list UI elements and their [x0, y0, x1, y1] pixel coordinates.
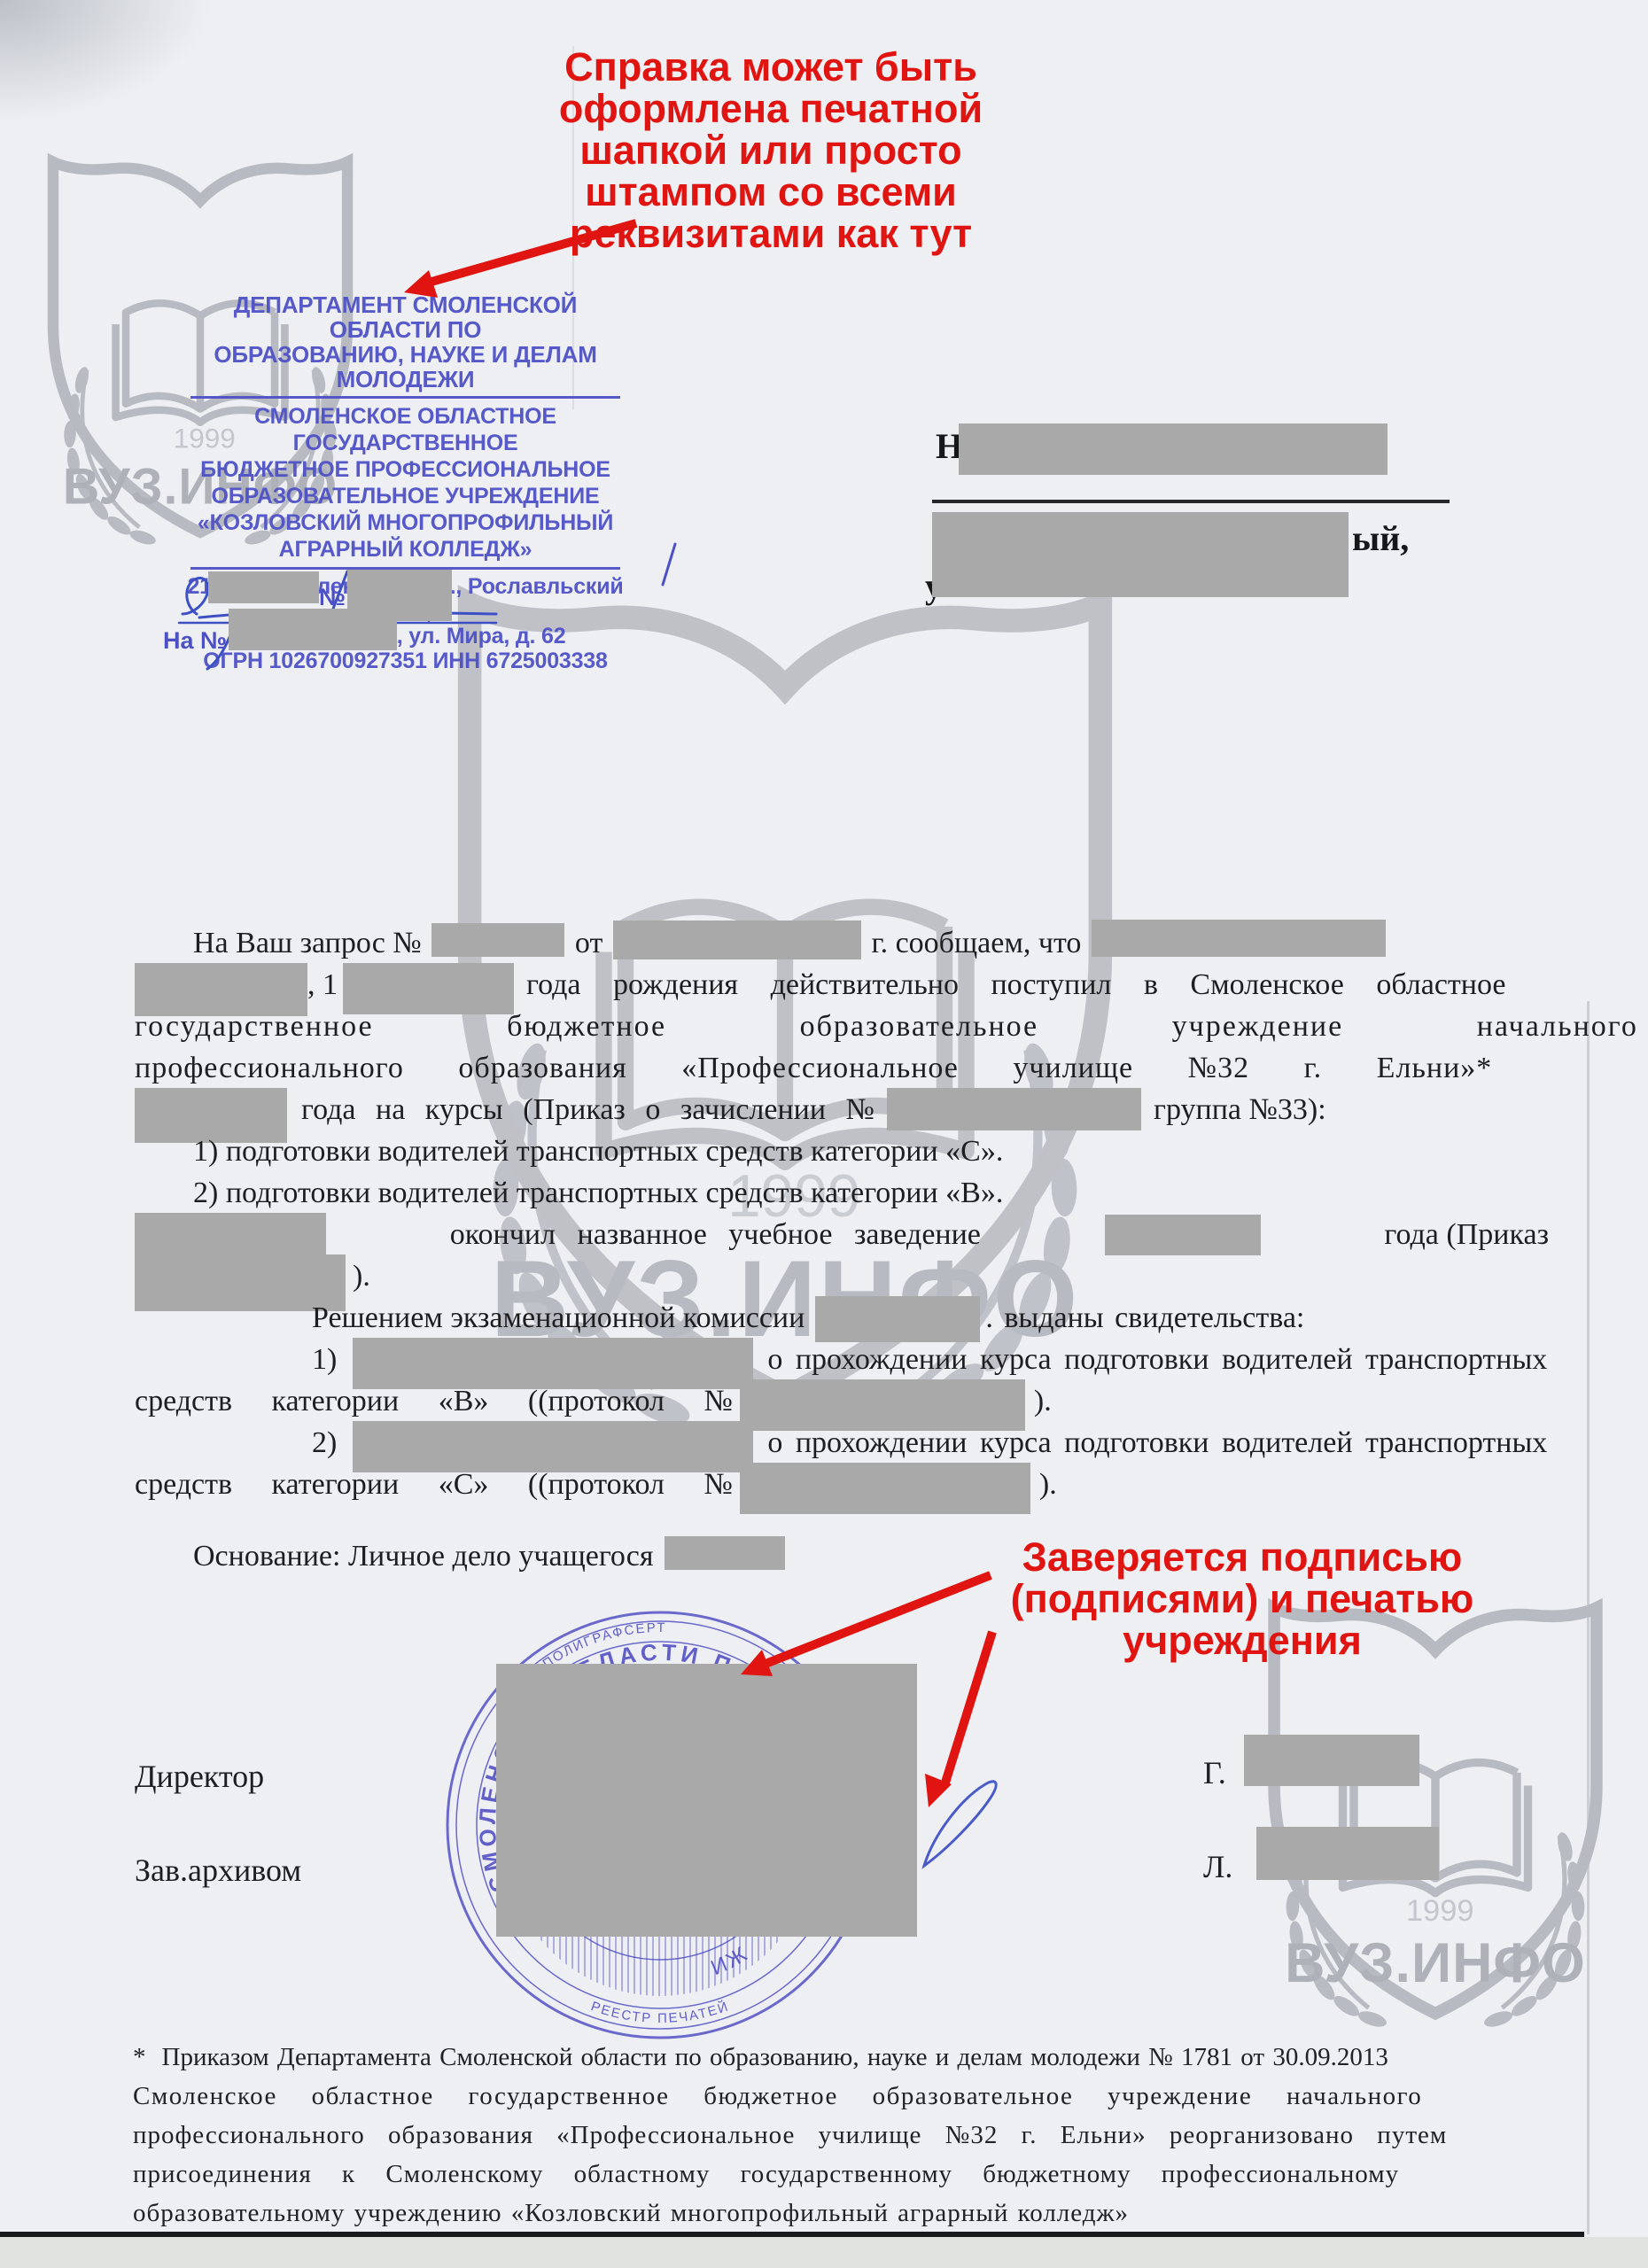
body-text: года рождения действительно поступил в С… [526, 965, 1505, 1006]
redaction-box [1105, 1215, 1261, 1255]
body-line: 2) подготовки водителей транспортных сре… [193, 1173, 1003, 1214]
body-text: 1) [312, 1340, 337, 1380]
body-text: средств категории «В» ((протокол № [135, 1381, 733, 1422]
body-text: о прохождении курса подготовки водителей… [767, 1340, 1547, 1380]
redaction-box [665, 1536, 785, 1570]
body-text: Основание: Личное дело учащегося [193, 1536, 654, 1577]
footnote: * Приказом Департамента Смоленской облас… [133, 2038, 1551, 2233]
redaction-box [208, 571, 319, 603]
body-text: группа №33): [1154, 1090, 1326, 1130]
letterhead-org-line: ОБРАЗОВАТЕЛЬНОЕ УЧРЕЖДЕНИЕ [182, 483, 629, 509]
ink-mark [654, 539, 680, 592]
body-text: года на курсы (Приказ о зачислении № [301, 1090, 875, 1130]
redaction-box [1092, 920, 1386, 957]
body-text: На Ваш запрос № [193, 923, 422, 964]
body-text: ). [1039, 1464, 1057, 1505]
basis-line: Основание: Личное дело учащегося [193, 1536, 785, 1577]
body-text: Решением экзаменационной комиссии [312, 1298, 805, 1339]
archivist-initials: Л. [1203, 1848, 1232, 1885]
redaction-box [959, 423, 1388, 475]
redaction-box [1256, 1827, 1439, 1880]
note-line: Справка может быть [494, 46, 1047, 88]
footnote-line: образовательному учреждению «Козловский … [133, 2194, 1551, 2233]
footnote-line: присоединения к Смоленскому областному г… [133, 2155, 1551, 2194]
note-line: штампом со всеми [494, 171, 1047, 213]
bottom-annotation-note: Заверяется подписью (подписями) и печать… [957, 1536, 1528, 1661]
body-text: о прохождении курса подготовки водителей… [767, 1423, 1547, 1464]
director-label: Директор [135, 1758, 264, 1795]
body-text: окончил названное учебное заведение [450, 1215, 981, 1255]
note-line: оформлена печатной [494, 88, 1047, 129]
handwriting-date-glyph [183, 578, 208, 614]
body-text: профессионального образования «Профессио… [135, 1048, 1492, 1089]
note-line: (подписями) и печатью [957, 1578, 1528, 1619]
laurel-branch-icon [64, 366, 158, 548]
body-text: от [575, 923, 602, 964]
letterhead-org-line: БЮДЖЕТНОЕ ПРОФЕССИОНАЛЬНОЕ [182, 456, 629, 483]
letterhead-dept-line: ОБРАЗОВАНИЮ, НАУКЕ И ДЕЛАМ МОЛОДЕЖИ [182, 342, 629, 392]
redaction-box [887, 1088, 1141, 1130]
body-text: , 1 [307, 965, 338, 1006]
letterhead-org-line: АГРАРНЫЙ КОЛЛЕДЖ» [182, 536, 629, 563]
body-text: 2) [312, 1423, 337, 1464]
signature-flourish [924, 1782, 996, 1866]
note-line: шапкой или просто [494, 129, 1047, 171]
footnote-text: Приказом Департамента Смоленской области… [162, 2038, 1388, 2077]
redaction-box [932, 512, 1349, 597]
footnote-line: профессионального образования «Профессио… [133, 2116, 1551, 2155]
body-line: средств категории «С» ((протокол № ). [135, 1464, 1057, 1514]
on-number-label: На № [163, 627, 227, 654]
top-annotation-note: Справка может быть оформлена печатной ша… [494, 46, 1047, 254]
note-line: Заверяется подписью [957, 1536, 1528, 1578]
body-line: профессионального образования «Профессио… [135, 1048, 1492, 1089]
redaction-box [1244, 1735, 1419, 1786]
number-sign: № [319, 584, 346, 610]
note-line: реквизитами как тут [494, 213, 1047, 254]
note-line: учреждения [957, 1619, 1528, 1661]
director-initials: Г. [1203, 1754, 1226, 1791]
letterhead-divider [190, 396, 620, 399]
body-line: Решением экзаменационной комиссии . выда… [312, 1298, 1304, 1342]
footnote-marker: * [133, 2038, 146, 2077]
body-text: 2) подготовки водителей транспортных сре… [193, 1173, 1003, 1214]
body-line: 1) подготовки водителей транспортных сре… [193, 1131, 1003, 1172]
redaction-box [815, 1296, 980, 1342]
redaction-box [740, 1463, 1030, 1514]
body-text: 1) подготовки водителей транспортных сре… [193, 1131, 1003, 1172]
archivist-label: Зав.архивом [135, 1852, 301, 1889]
body-text: ). [353, 1256, 370, 1297]
body-text: ). [1034, 1381, 1052, 1422]
body-line: государственное бюджетное образовательно… [135, 1006, 1638, 1047]
letterhead-org-line: «КОЗЛОВСКИЙ МНОГОПРОФИЛЬНЫЙ [182, 509, 629, 536]
addressee-underline [932, 500, 1450, 503]
redaction-box-over-seal [496, 1664, 917, 1937]
addressee-fragment: ый, [1352, 517, 1409, 559]
redacted-name: Киселев Константин [1092, 923, 1386, 964]
body-text: . выданы свидетельства: [985, 1298, 1304, 1339]
body-text: г. сообщаем, что [871, 923, 1081, 964]
scanned-certificate-page: { "annotations": { "top_note": {"lines":… [0, 0, 1648, 2268]
scan-edge-strip [0, 2237, 1648, 2268]
body-text: государственное бюджетное образовательно… [135, 1006, 1638, 1047]
redaction-box [229, 609, 397, 650]
body-text: года (Приказ [1384, 1215, 1549, 1255]
footnote-line: Смоленское областное государственное бюд… [133, 2077, 1551, 2116]
body-line: На Ваш запрос № от г. сообщаем, что Кисе… [193, 923, 1386, 964]
redaction-box [613, 920, 861, 959]
letterhead-dept-line: ДЕПАРТАМЕНТ СМОЛЕНСКОЙ ОБЛАСТИ ПО [182, 292, 629, 342]
redaction-box [431, 923, 564, 957]
letterhead-org-line: СМОЛЕНСКОЕ ОБЛАСТНОЕ ГОСУДАРСТВЕННОЕ [182, 403, 629, 456]
body-text: средств категории «С» ((протокол № [135, 1464, 733, 1505]
footnote-line: * Приказом Департамента Смоленской облас… [133, 2038, 1551, 2077]
scan-corner-shadow [0, 0, 213, 124]
